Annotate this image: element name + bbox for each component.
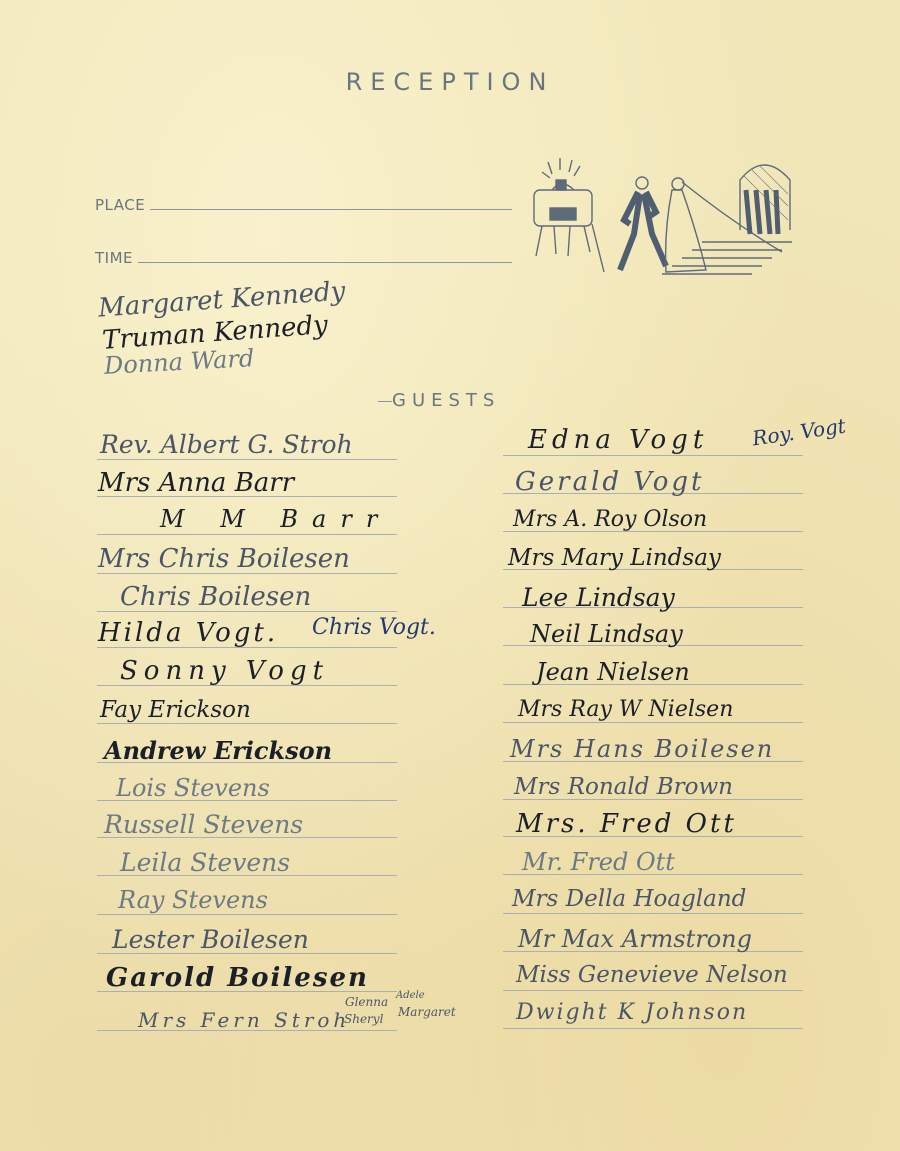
guest-annotation: Sheryl <box>344 1012 383 1026</box>
guest-entry: Dwight K Johnson <box>516 1000 748 1025</box>
time-field-line[interactable] <box>138 262 512 263</box>
guest-entry: Ray Stevens <box>118 886 268 914</box>
guest-annotation: Adele <box>396 990 425 1001</box>
guest-entry: Mrs Chris Boilesen <box>98 544 350 574</box>
wedding-illustration-icon <box>512 150 802 280</box>
guest-entry: Leila Stevens <box>120 848 290 877</box>
guest-entry: Mrs Ronald Brown <box>514 774 733 800</box>
guest-entry: Mrs Della Hoagland <box>512 886 746 912</box>
guest-entry: Mrs. Fred Ott <box>516 809 737 839</box>
guest-entry: Rev. Albert G. Stroh <box>100 430 353 459</box>
guest-annotation: Margaret <box>398 1005 456 1019</box>
guest-entry: Andrew Erickson <box>104 736 332 765</box>
guest-entry: Mrs Mary Lindsay <box>508 545 721 571</box>
guest-entry: Mrs A. Roy Olson <box>513 507 707 532</box>
guest-entry: Lee Lindsay <box>522 583 675 612</box>
guest-entry: Lester Boilesen <box>112 925 309 954</box>
guest-entry: Jean Nielsen <box>536 658 690 686</box>
guest-entry: Russell Stevens <box>104 810 303 839</box>
guest-entry: Fay Erickson <box>100 697 251 723</box>
guests-heading: GUESTS <box>392 390 500 411</box>
guest-annotation: Chris Vogt. <box>312 615 436 640</box>
place-label: PLACE <box>95 196 145 214</box>
guest-entry: Hilda Vogt. <box>98 618 278 648</box>
guest-entry: Lois Stevens <box>116 774 270 802</box>
guest-entry: Sonny Vogt <box>120 656 329 686</box>
guest-entry: Edna Vogt <box>528 425 708 455</box>
guest-entry: Mrs Ray W Nielsen <box>518 697 733 722</box>
guest-entry: Mrs Anna Barr <box>98 468 294 498</box>
guest-annotation: Glenna <box>345 995 388 1009</box>
guest-annotation: Roy. Vogt <box>751 414 847 451</box>
guest-entry: Mr. Fred Ott <box>522 848 675 876</box>
guest-entry: Mrs Hans Boilesen <box>510 735 774 763</box>
time-label: TIME <box>95 249 133 267</box>
place-field-line[interactable] <box>150 209 512 210</box>
guest-entry: M M Barr <box>160 505 391 533</box>
guest-entry: Mr Max Armstrong <box>518 925 752 953</box>
guest-entry: Neil Lindsay <box>530 620 683 648</box>
guest-entry: Miss Genevieve Nelson <box>516 962 788 988</box>
page-title: RECEPTION <box>0 68 900 96</box>
guest-entry: Chris Boilesen <box>120 582 311 612</box>
guest-entry: Mrs Fern Stroh <box>138 1008 350 1032</box>
guest-entry: Garold Boilesen <box>106 963 369 993</box>
guest-entry: Gerald Vogt <box>515 467 704 497</box>
